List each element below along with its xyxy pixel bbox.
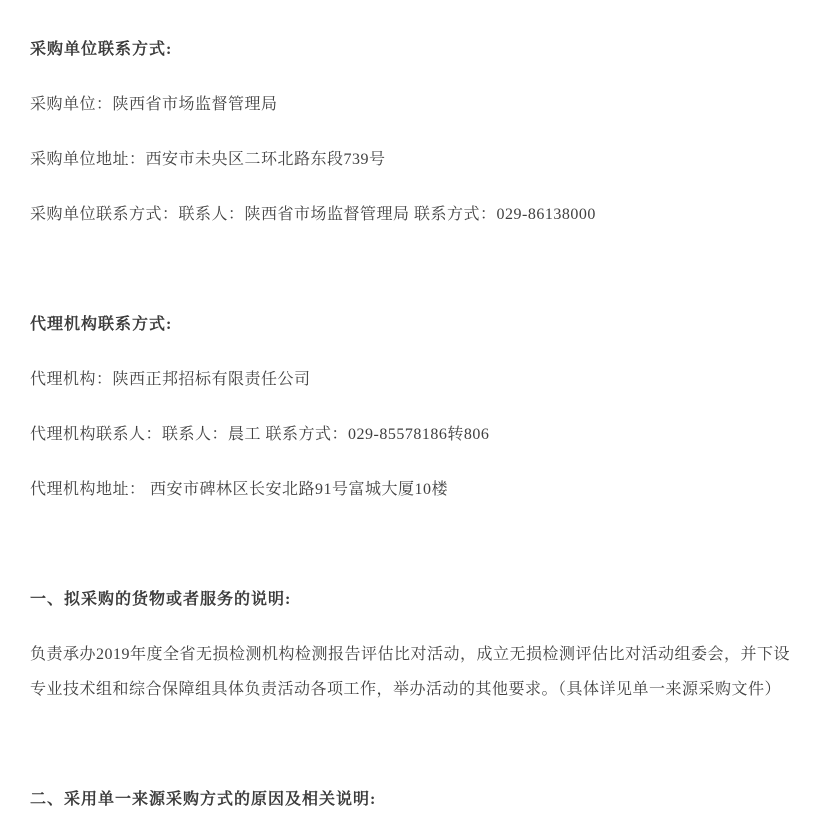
- blank-line: [30, 727, 796, 762]
- paragraph-agency-contact-person: 代理机构联系人：联系人：晨工 联系方式：029-85578186转806: [30, 417, 796, 452]
- document-page: 采购单位联系方式: 采购单位：陕西省市场监督管理局 采购单位地址：西安市未央区二…: [0, 0, 828, 822]
- paragraph-purchaser-address: 采购单位地址：西安市未央区二环北路东段739号: [30, 142, 796, 177]
- section-heading-goods-description: 一、拟采购的货物或者服务的说明:: [30, 582, 796, 617]
- paragraph-goods-description: 负责承办2019年度全省无损检测机构检测报告评估比对活动，成立无损检测评估比对活…: [30, 637, 796, 707]
- paragraph-agency-address: 代理机构地址： 西安市碑林区长安北路91号富城大厦10楼: [30, 472, 796, 507]
- paragraph-purchaser-name: 采购单位：陕西省市场监督管理局: [30, 87, 796, 122]
- section-heading-single-source-reason: 二、采用单一来源采购方式的原因及相关说明:: [30, 782, 796, 817]
- blank-line: [30, 252, 796, 287]
- section-heading-purchaser-contact: 采购单位联系方式:: [30, 32, 796, 67]
- section-heading-agency-contact: 代理机构联系方式:: [30, 307, 796, 342]
- blank-line: [30, 527, 796, 562]
- paragraph-purchaser-phone: 采购单位联系方式：联系人：陕西省市场监督管理局 联系方式：029-8613800…: [30, 197, 796, 232]
- paragraph-agency-name: 代理机构：陕西正邦招标有限责任公司: [30, 362, 796, 397]
